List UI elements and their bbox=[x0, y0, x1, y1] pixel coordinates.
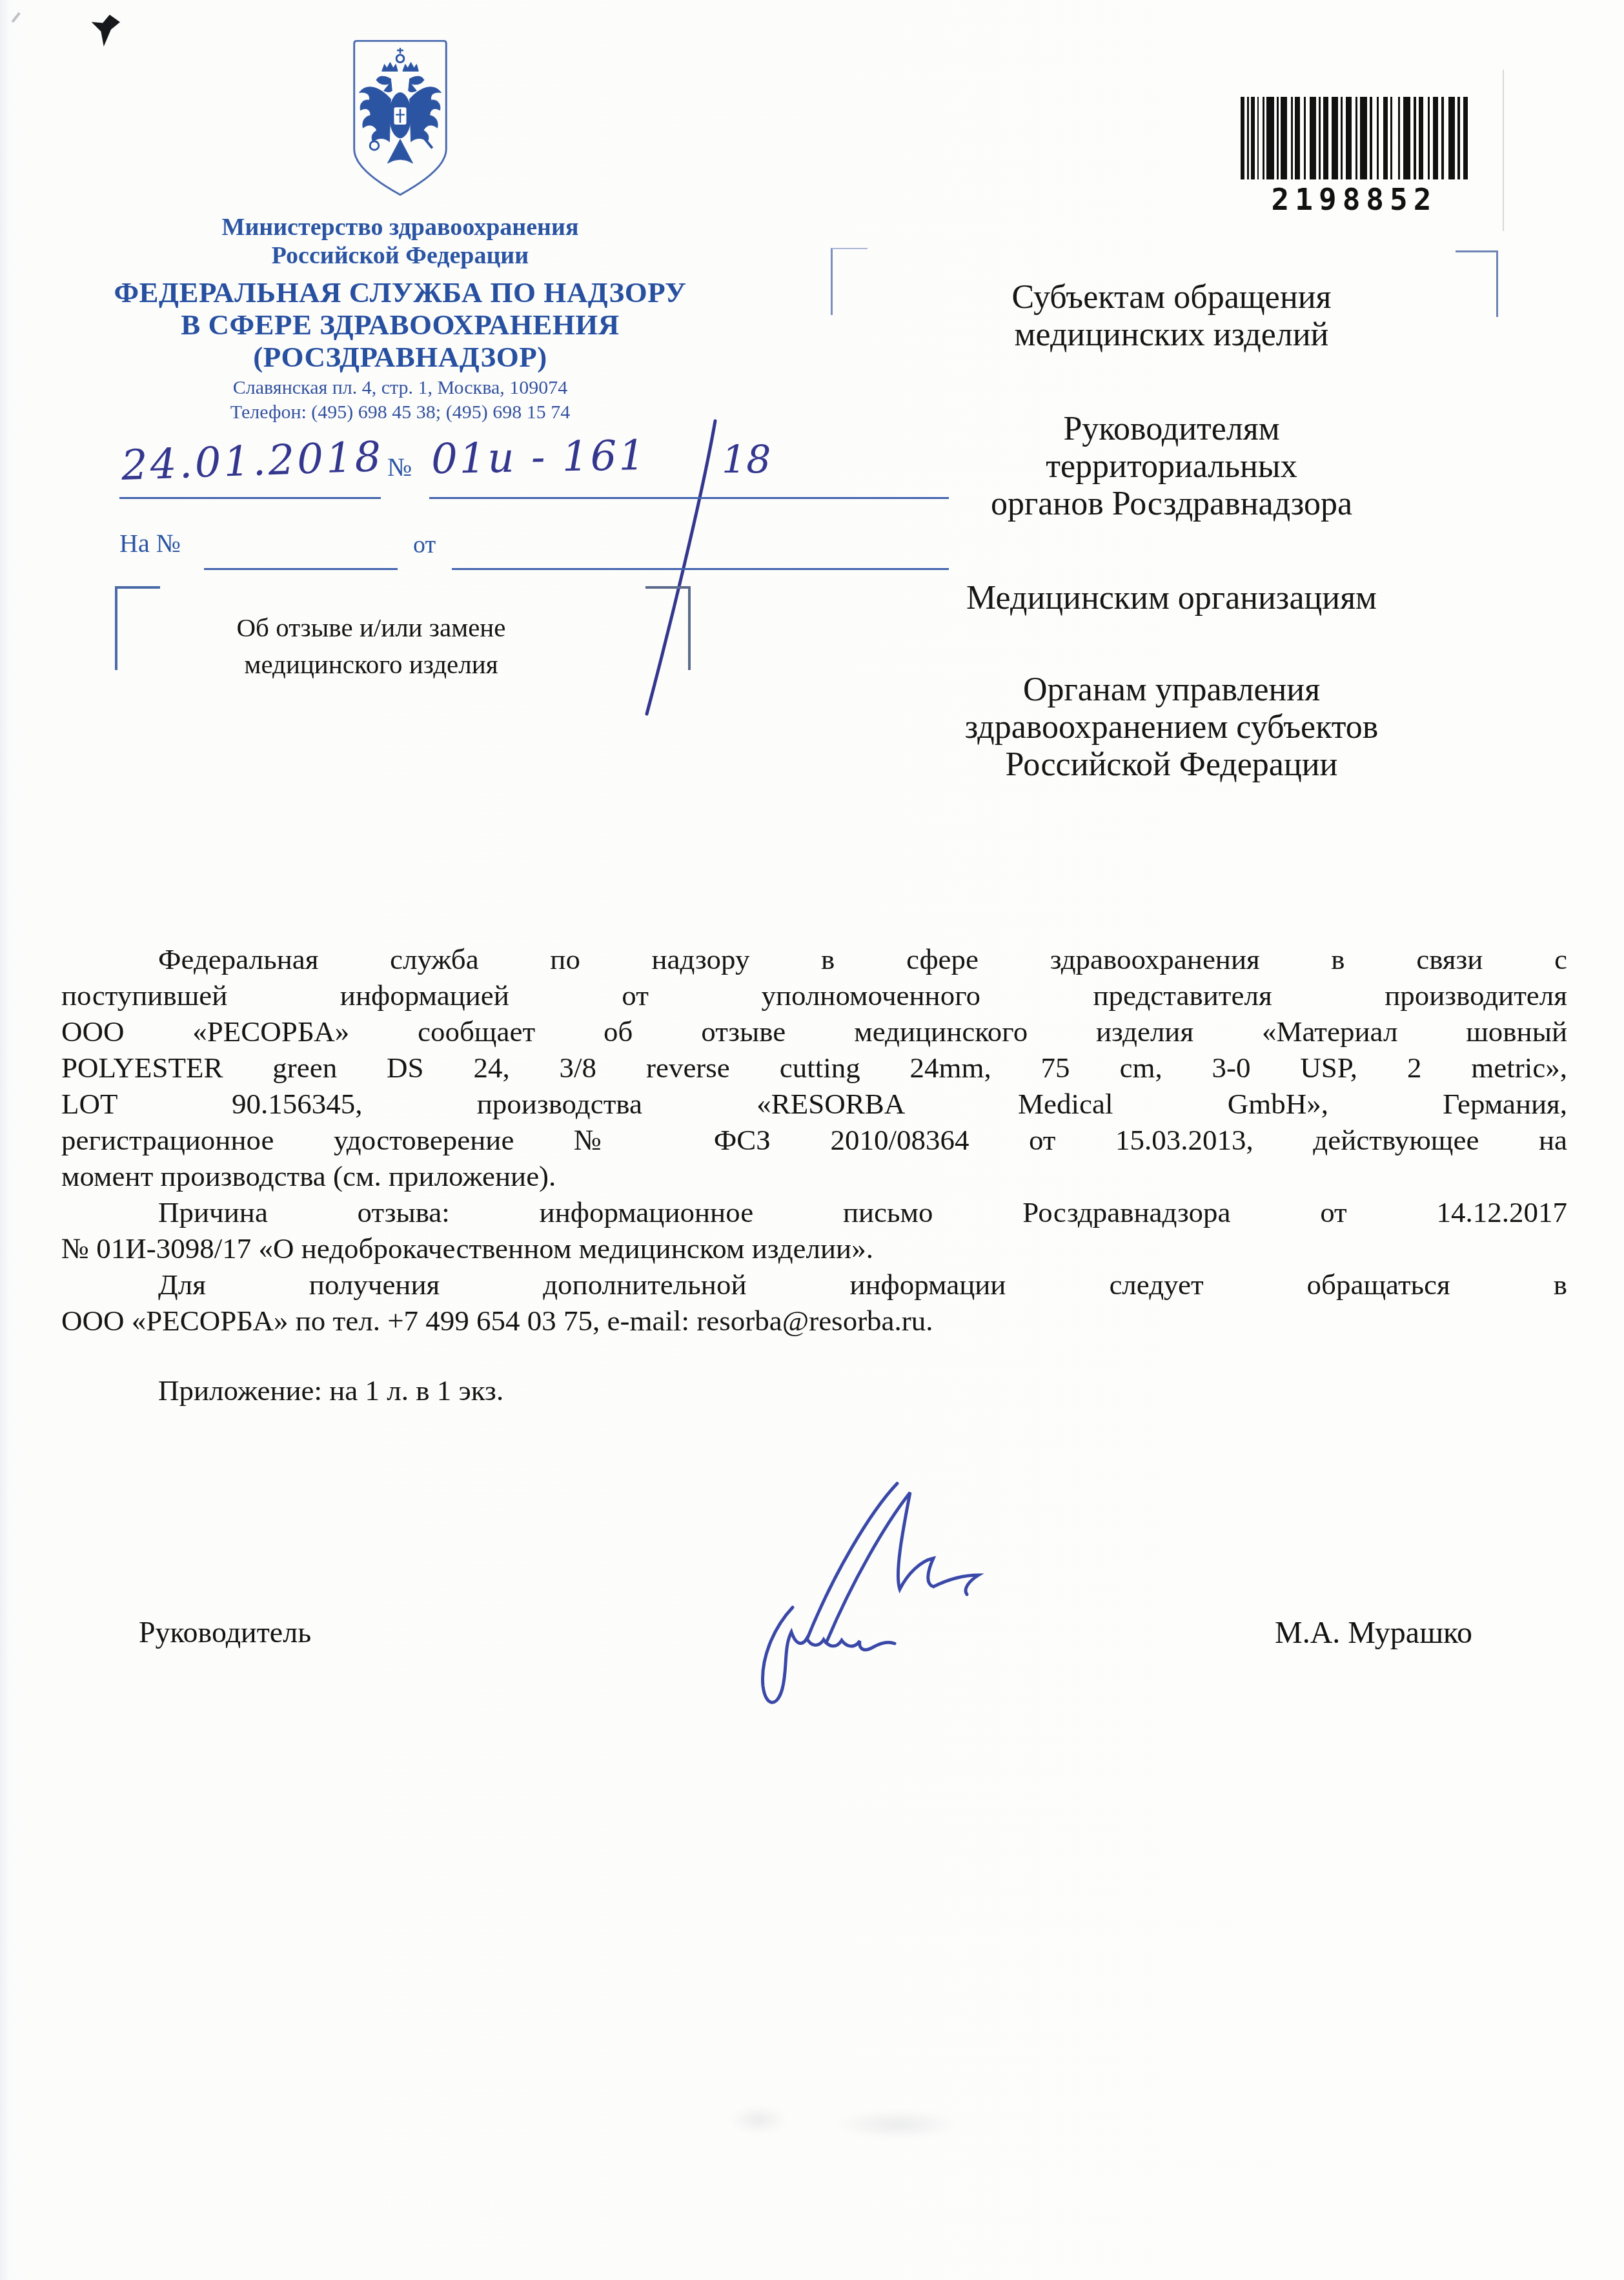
ministry-name: Министерство здравоохранения Российской … bbox=[77, 213, 723, 270]
handwritten-date: 24.01.2018 bbox=[121, 433, 385, 490]
date-underline bbox=[119, 497, 381, 499]
subject-block: Об отзыве и/или замене медицинского изде… bbox=[116, 609, 626, 683]
barcode-bars-icon bbox=[1241, 97, 1468, 179]
recipient-block: Медицинским организациям bbox=[846, 580, 1497, 617]
recipient-line: медицинских изделий bbox=[846, 316, 1497, 354]
body-line: момент производства (см. приложение). bbox=[61, 1158, 1567, 1194]
body-line: Для получения дополнительной информации … bbox=[61, 1267, 1567, 1303]
ministry-line: Российской Федерации bbox=[77, 241, 723, 270]
reply-number-label: На № bbox=[119, 528, 181, 558]
body-line: № 01И-3098/17 «О недоброкачественном мед… bbox=[61, 1230, 1567, 1267]
barcode-number: 2198852 bbox=[1241, 182, 1468, 217]
letter-body: Федеральная служба по надзору в сфере зд… bbox=[61, 941, 1567, 1339]
subject-line: Об отзыве и/или замене bbox=[116, 609, 626, 646]
recipient-line: территориальных bbox=[846, 448, 1497, 485]
number-sign: № bbox=[387, 452, 412, 482]
recipient-line: здравоохранением субъектов bbox=[846, 709, 1497, 746]
scan-smudge bbox=[729, 2106, 787, 2134]
recipient-line: Органам управления bbox=[846, 671, 1497, 709]
scanned-letter-page: Министерство здравоохранения Российской … bbox=[0, 0, 1624, 2280]
body-line: Федеральная служба по надзору в сфере зд… bbox=[61, 941, 1567, 977]
phone-line: Телефон: (495) 698 45 38; (495) 698 15 7… bbox=[77, 400, 723, 425]
reply-from-underline bbox=[452, 568, 949, 570]
handwritten-slash bbox=[643, 418, 718, 717]
signer-title: Руководитель bbox=[139, 1615, 311, 1649]
scan-artifact-blob bbox=[88, 12, 121, 48]
recipient-line: Руководителям bbox=[846, 411, 1497, 448]
body-line: регистрационное удостоверение № ФСЗ 2010… bbox=[61, 1122, 1567, 1158]
handwritten-number: 01и - 161 bbox=[431, 432, 647, 483]
body-line: LOT 90.156345, производства «RESORBA Med… bbox=[61, 1086, 1567, 1122]
reply-from-label: от bbox=[413, 531, 436, 559]
subject-line: медицинского изделия bbox=[116, 646, 626, 683]
service-line: (РОСЗДРАВНАДЗОР) bbox=[77, 341, 723, 373]
body-line: поступившей информацией от уполномоченно… bbox=[61, 977, 1567, 1013]
recipient-line: Медицинским организациям bbox=[846, 580, 1497, 617]
body-line: Причина отзыва: информационное письмо Ро… bbox=[61, 1194, 1567, 1230]
service-line: В СФЕРЕ ЗДРАВООХРАНЕНИЯ bbox=[77, 309, 723, 341]
recipient-line: Российской Федерации bbox=[846, 746, 1497, 784]
service-name: ФЕДЕРАЛЬНАЯ СЛУЖБА ПО НАДЗОРУ В СФЕРЕ ЗД… bbox=[77, 276, 723, 373]
subject-corner-right bbox=[645, 586, 691, 670]
scan-artifact-line bbox=[1503, 70, 1504, 231]
recipient-block: Субъектам обращения медицинских изделий bbox=[846, 279, 1497, 354]
scan-artifact-tick bbox=[12, 12, 34, 34]
signer-name: М.А. Мурашко bbox=[1275, 1615, 1533, 1651]
coat-of-arms-icon bbox=[347, 36, 454, 201]
body-line: POLYESTER green DS 24, 3/8 reverse cutti… bbox=[61, 1050, 1567, 1086]
attachment-note: Приложение: на 1 л. в 1 экз. bbox=[158, 1374, 503, 1407]
service-line: ФЕДЕРАЛЬНАЯ СЛУЖБА ПО НАДЗОРУ bbox=[77, 276, 723, 309]
ministry-line: Министерство здравоохранения bbox=[77, 213, 723, 241]
handwritten-signature bbox=[697, 1478, 1059, 1736]
body-line: ООО «РЕСОРБА» сообщает об отзыве медицин… bbox=[61, 1013, 1567, 1050]
recipient-line: органов Росздравнадзора bbox=[846, 485, 1497, 523]
body-line: ООО «РЕСОРБА» по тел. +7 499 654 03 75, … bbox=[61, 1303, 1567, 1339]
recipient-block: Органам управления здравоохранением субъ… bbox=[846, 671, 1497, 784]
address-block: Славянская пл. 4, стр. 1, Москва, 109074… bbox=[77, 376, 723, 425]
recipient-block: Руководителям территориальных органов Ро… bbox=[846, 411, 1497, 523]
barcode: 2198852 bbox=[1241, 97, 1468, 217]
address-line: Славянская пл. 4, стр. 1, Москва, 109074 bbox=[77, 376, 723, 400]
reply-number-underline bbox=[204, 568, 398, 570]
recipient-line: Субъектам обращения bbox=[846, 279, 1497, 316]
scan-smudge bbox=[833, 2110, 962, 2139]
handwritten-number-suffix: 18 bbox=[722, 438, 771, 483]
